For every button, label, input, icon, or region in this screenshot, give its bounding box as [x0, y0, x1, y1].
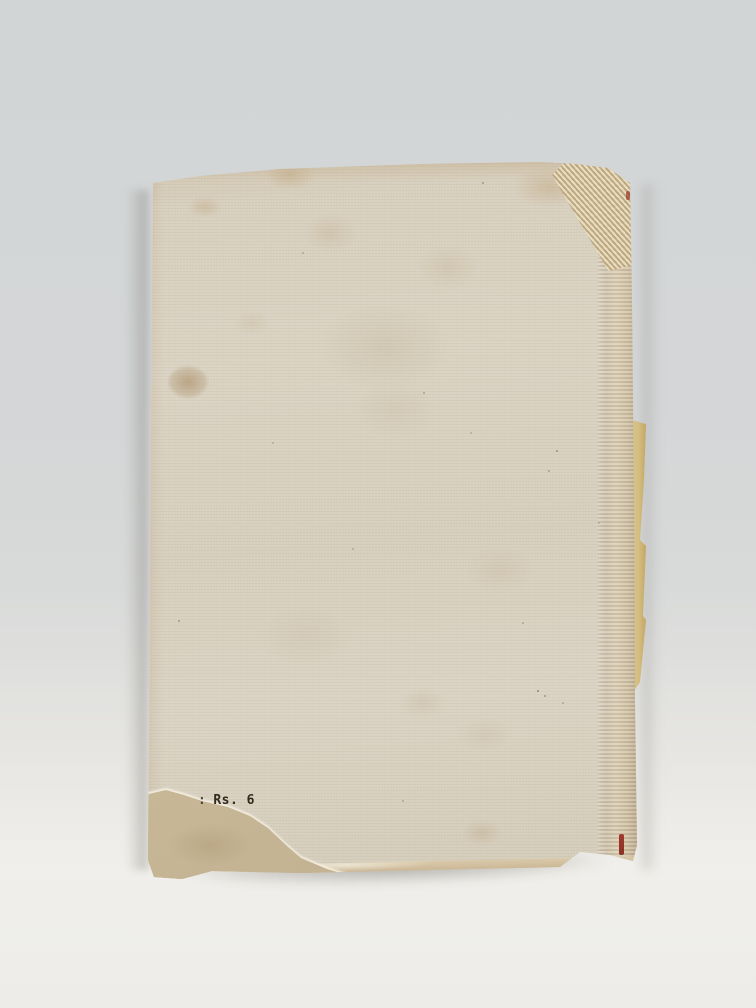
- price-prefix-remnant: :: [198, 793, 206, 808]
- red-material-nick: [619, 834, 624, 855]
- torn-patch-bottom-left: [140, 155, 652, 893]
- cover-board: :Rs. 6: [140, 155, 652, 893]
- book-back-cover: :Rs. 6: [140, 155, 652, 893]
- red-material-nick-top: [626, 191, 630, 200]
- foxing-speckles: [140, 155, 142, 157]
- price-stamp: :Rs. 6: [198, 793, 255, 808]
- photo-scene: :Rs. 6: [0, 0, 756, 1008]
- torn-patch-wrapper: [140, 155, 652, 893]
- price-value: Rs. 6: [213, 793, 255, 808]
